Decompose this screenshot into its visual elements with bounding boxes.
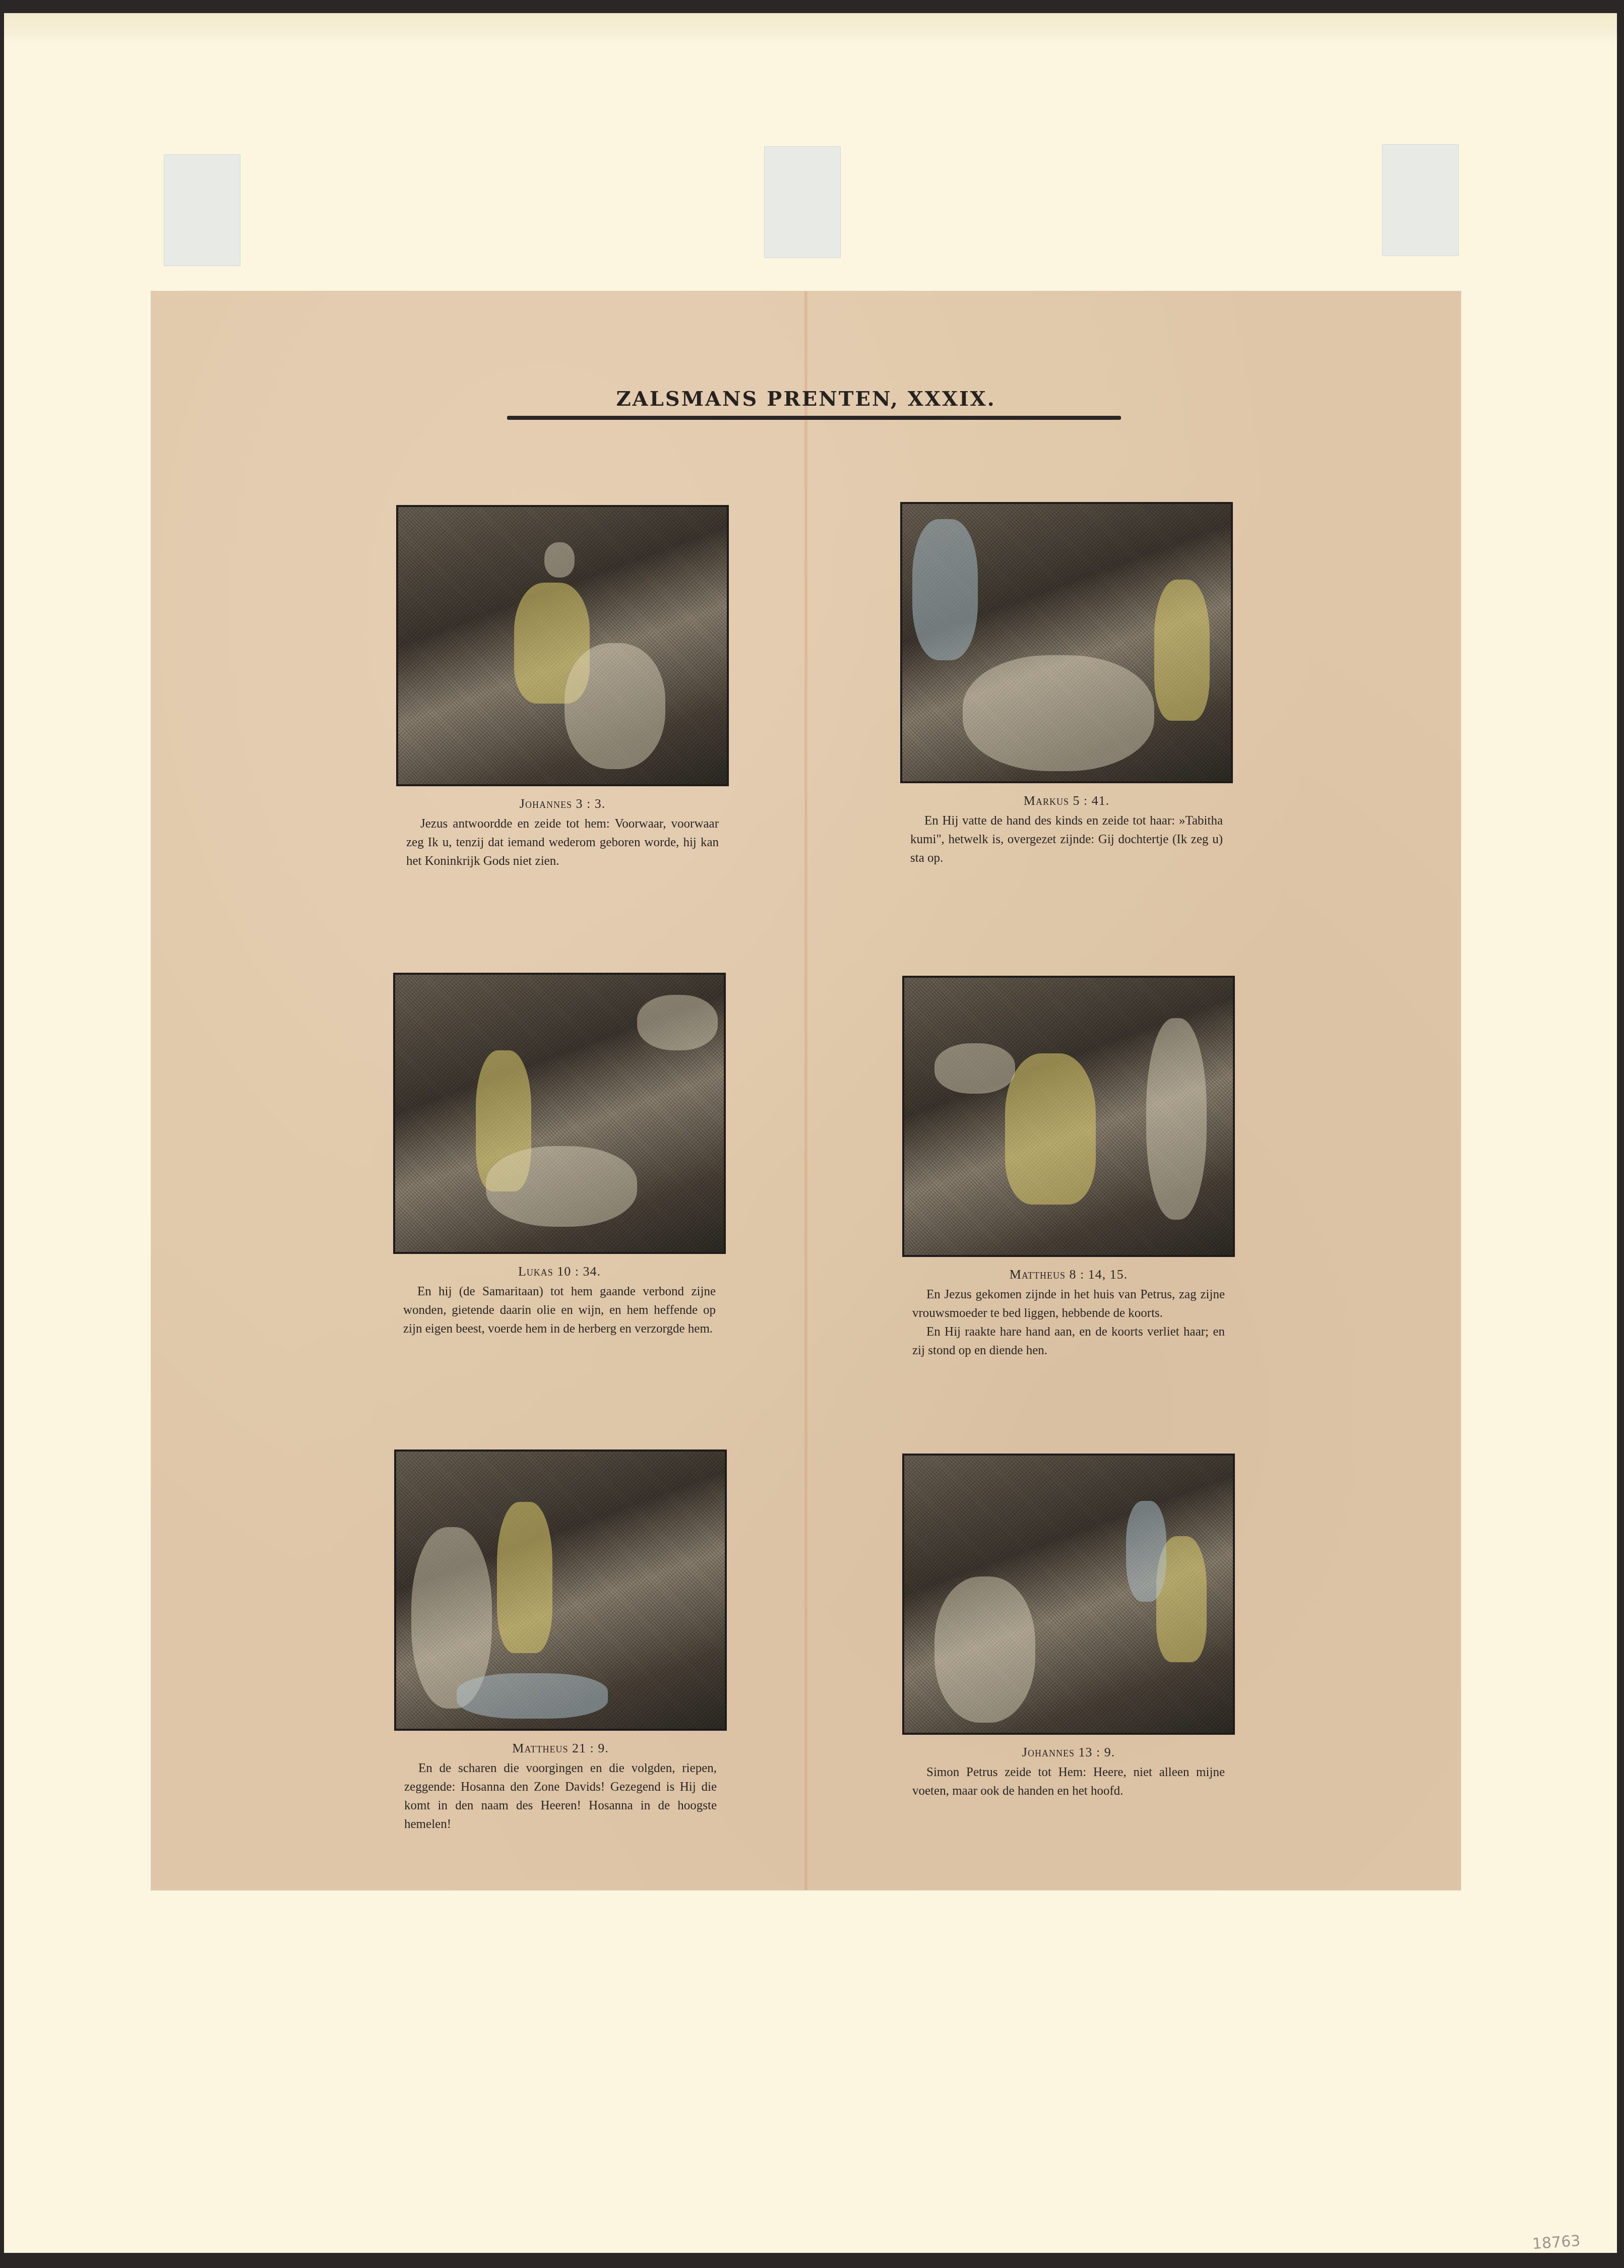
- verse-text: Jezus antwoordde en zeide tot hem: Voorw…: [406, 814, 719, 870]
- accession-number: 18763: [1532, 2232, 1581, 2253]
- hinge-tape-right: [1382, 144, 1459, 256]
- hinge-tape-center: [764, 146, 841, 258]
- verse-text: En de scharen die voorgingen en die volg…: [404, 1759, 717, 1834]
- panel-markus-5-41: Markus 5 : 41. En Hij vatte de hand des …: [900, 502, 1233, 867]
- print-sheet: ZALSMANS PRENTEN, XXXIX. Johannes 3 : 3.…: [151, 291, 1461, 1890]
- panel-johannes-3-3: Johannes 3 : 3. Jezus antwoordde en zeid…: [396, 505, 729, 870]
- mount-top-band: [4, 13, 1617, 43]
- title-rule: [507, 416, 1121, 420]
- hinge-tape-left: [164, 154, 240, 266]
- center-fold: [804, 291, 807, 1890]
- scripture-reference: Mattheus 21 : 9.: [394, 1741, 727, 1756]
- woodcut-image: [394, 1450, 727, 1731]
- verse-text: En Hij vatte de hand des kinds en zeide …: [910, 811, 1223, 867]
- woodcut-image: [396, 505, 729, 786]
- scripture-reference: Markus 5 : 41.: [900, 793, 1233, 808]
- verse-text: Simon Petrus zeide tot Hem: Heere, niet …: [912, 1763, 1225, 1800]
- scripture-reference: Mattheus 8 : 14, 15.: [902, 1267, 1235, 1282]
- scripture-reference: Lukas 10 : 34.: [393, 1264, 726, 1279]
- woodcut-image: [902, 976, 1235, 1257]
- panel-johannes-13-9: Johannes 13 : 9. Simon Petrus zeide tot …: [902, 1454, 1235, 1800]
- sheet-title: ZALSMANS PRENTEN, XXXIX.: [151, 387, 1461, 411]
- scripture-reference: Johannes 3 : 3.: [396, 796, 729, 811]
- panel-lukas-10-34: Lukas 10 : 34. En hij (de Samaritaan) to…: [393, 973, 726, 1338]
- woodcut-image: [393, 973, 726, 1254]
- scripture-reference: Johannes 13 : 9.: [902, 1745, 1235, 1760]
- verse-text: En Jezus gekomen zijnde in het huis van …: [912, 1285, 1225, 1360]
- woodcut-image: [902, 1454, 1235, 1735]
- verse-text: En hij (de Samaritaan) tot hem gaande ve…: [403, 1282, 716, 1338]
- woodcut-image: [900, 502, 1233, 783]
- panel-mattheus-21-9: Mattheus 21 : 9. En de scharen die voorg…: [394, 1450, 727, 1834]
- panel-mattheus-8-14-15: Mattheus 8 : 14, 15. En Jezus gekomen zi…: [902, 976, 1235, 1360]
